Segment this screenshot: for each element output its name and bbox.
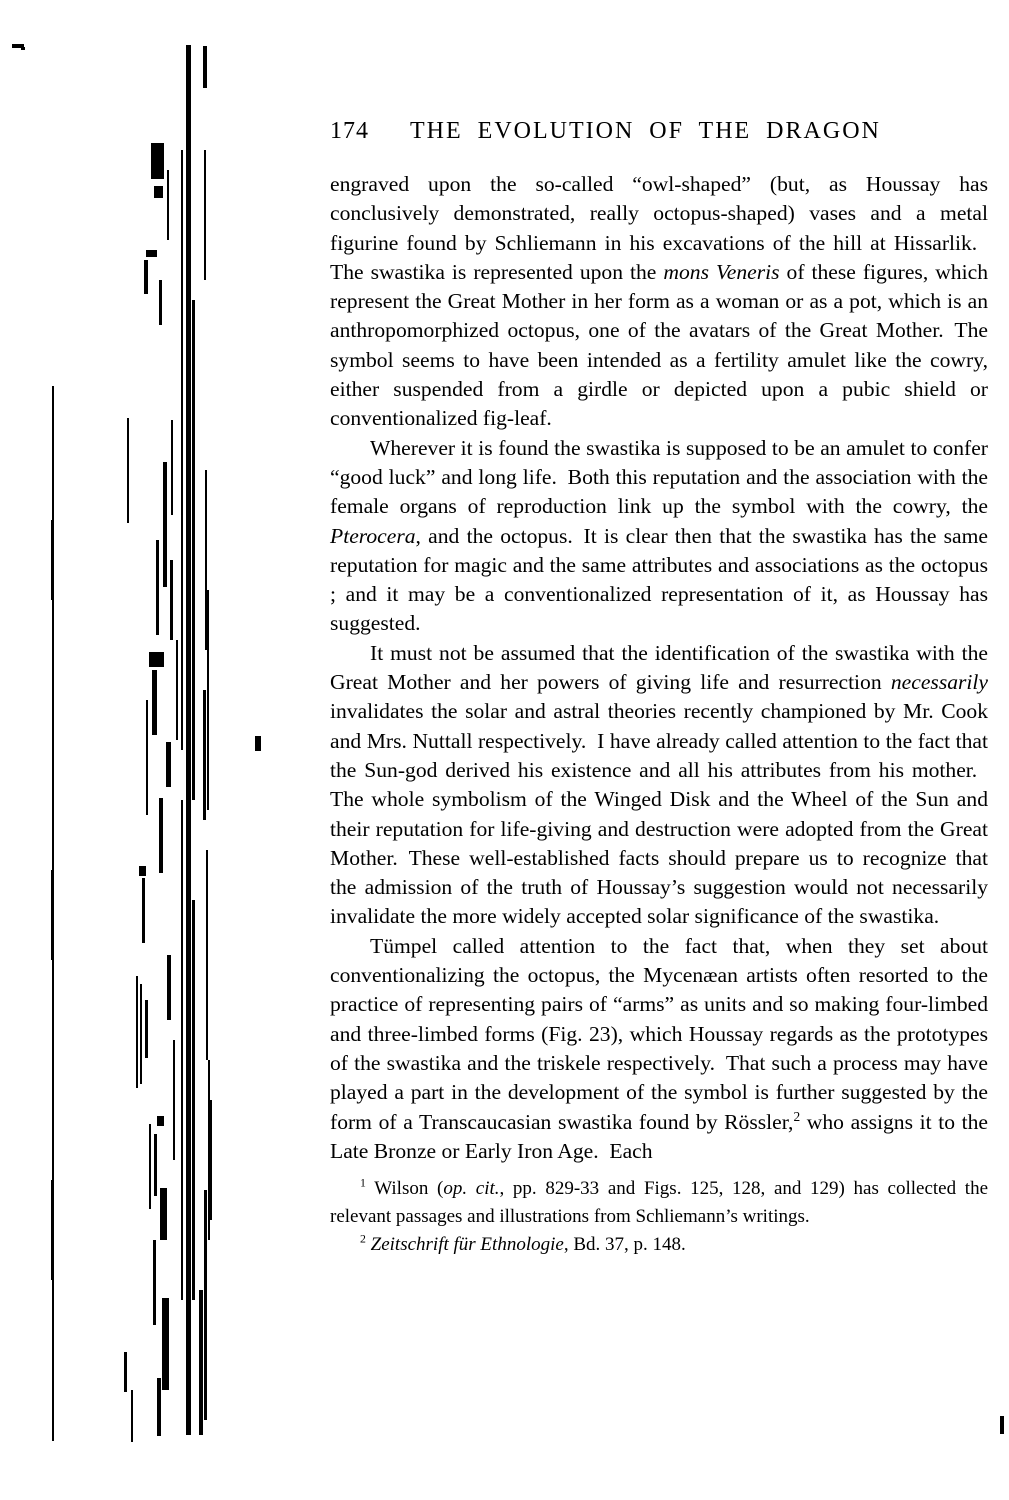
artifact-bar (204, 1190, 207, 1420)
artifact-bar (140, 984, 142, 1084)
artifact-bar (21, 47, 25, 50)
italic-text: op. cit. (443, 1178, 499, 1199)
text-run: Wilson ( (366, 1178, 443, 1199)
artifact-bar (1000, 1416, 1004, 1434)
artifact-bar (151, 143, 164, 179)
text-run: Wherever it is found the swastika is sup… (330, 436, 988, 519)
artifact-bar (144, 260, 148, 294)
artifact-bar (170, 560, 173, 640)
artifact-bar (145, 1000, 148, 1058)
artifact-bar (131, 1390, 133, 1442)
artifact-bar (207, 590, 209, 810)
artifact-bar (154, 1134, 157, 1196)
text-run: of these figures, which represent the Gr… (330, 260, 988, 430)
artifact-bar (162, 1298, 169, 1390)
paragraph: It must not be assumed that the identifi… (330, 639, 988, 932)
artifact-bar (171, 420, 173, 515)
footnote: 2 Zeitschrift für Ethnologie, Bd. 37, p.… (330, 1231, 988, 1259)
page-content: 174 THE EVOLUTION OF THE DRAGON engraved… (330, 118, 988, 1259)
artifact-bar (167, 170, 169, 240)
artifact-bar (181, 800, 183, 1300)
footnote-marker: 2 (360, 1233, 366, 1246)
paragraph: engraved upon the so-called “owl-shaped”… (330, 170, 988, 434)
artifact-bar (186, 45, 191, 1435)
artifact-bar (159, 798, 163, 873)
paragraph: Wherever it is found the swastika is sup… (330, 434, 988, 639)
italic-text: Zeitschrift für Ethnologie (371, 1234, 564, 1255)
artifact-bar (255, 736, 261, 751)
artifact-bar (210, 1100, 212, 1220)
text-run: , and the octopus. It is clear then that… (330, 524, 988, 636)
artifact-bar (192, 300, 195, 800)
artifact-bar (51, 1180, 54, 1280)
artifact-bar (160, 1188, 167, 1240)
artifact-bar (157, 1116, 164, 1126)
artifact-bar (199, 1290, 203, 1435)
italic-text: necessarily (891, 670, 988, 694)
artifact-bar (51, 520, 54, 600)
artifact-bar (166, 742, 171, 787)
artifact-bar (176, 640, 178, 740)
page-number: 174 (330, 118, 369, 145)
artifact-bar (157, 1378, 161, 1436)
artifact-bar (149, 652, 164, 667)
artifact-bar (203, 46, 207, 88)
artifact-bar (146, 700, 148, 815)
artifact-bar (181, 150, 183, 750)
text-run: It must not be assumed that the identifi… (330, 641, 988, 694)
artifact-bar (139, 866, 146, 876)
artifact-bar (159, 280, 162, 325)
artifact-bar (142, 878, 145, 943)
artifact-bar (173, 1040, 175, 1160)
footnote: 1 Wilson (op. cit., pp. 829-33 and Figs.… (330, 1175, 988, 1231)
footnotes: 1 Wilson (op. cit., pp. 829-33 and Figs.… (330, 1175, 988, 1259)
artifact-bar (154, 186, 163, 198)
artifact-bar (192, 900, 195, 1300)
artifact-bar (163, 462, 167, 587)
artifact-bar (153, 1240, 156, 1325)
text-run: invalidates the solar and astral theorie… (330, 699, 988, 928)
text-run: Tümpel called attention to the fact that… (330, 934, 988, 1134)
artifact-bar (204, 150, 206, 280)
body-text: engraved upon the so-called “owl-shaped”… (330, 170, 988, 1166)
scanned-book-page: 174 THE EVOLUTION OF THE DRAGON engraved… (0, 0, 1009, 1500)
running-header: 174 THE EVOLUTION OF THE DRAGON (330, 118, 988, 148)
artifact-bar (206, 850, 208, 1060)
italic-text: mons Veneris (663, 260, 779, 284)
artifact-bar (156, 540, 159, 635)
artifact-bar (203, 690, 206, 820)
artifact-bar (152, 670, 157, 735)
artifact-bar (136, 976, 138, 1088)
paragraph: Tümpel called attention to the fact that… (330, 932, 988, 1166)
artifact-bar (146, 250, 157, 257)
artifact-bar (51, 870, 54, 960)
text-run: , Bd. 37, p. 148. (564, 1234, 686, 1255)
artifact-bar (127, 418, 129, 523)
page-title: THE EVOLUTION OF THE DRAGON (410, 118, 881, 145)
artifact-bar (149, 1124, 151, 1209)
italic-text: Pterocera (330, 524, 416, 548)
artifact-bar (124, 1352, 127, 1392)
artifact-bar (167, 955, 171, 1020)
